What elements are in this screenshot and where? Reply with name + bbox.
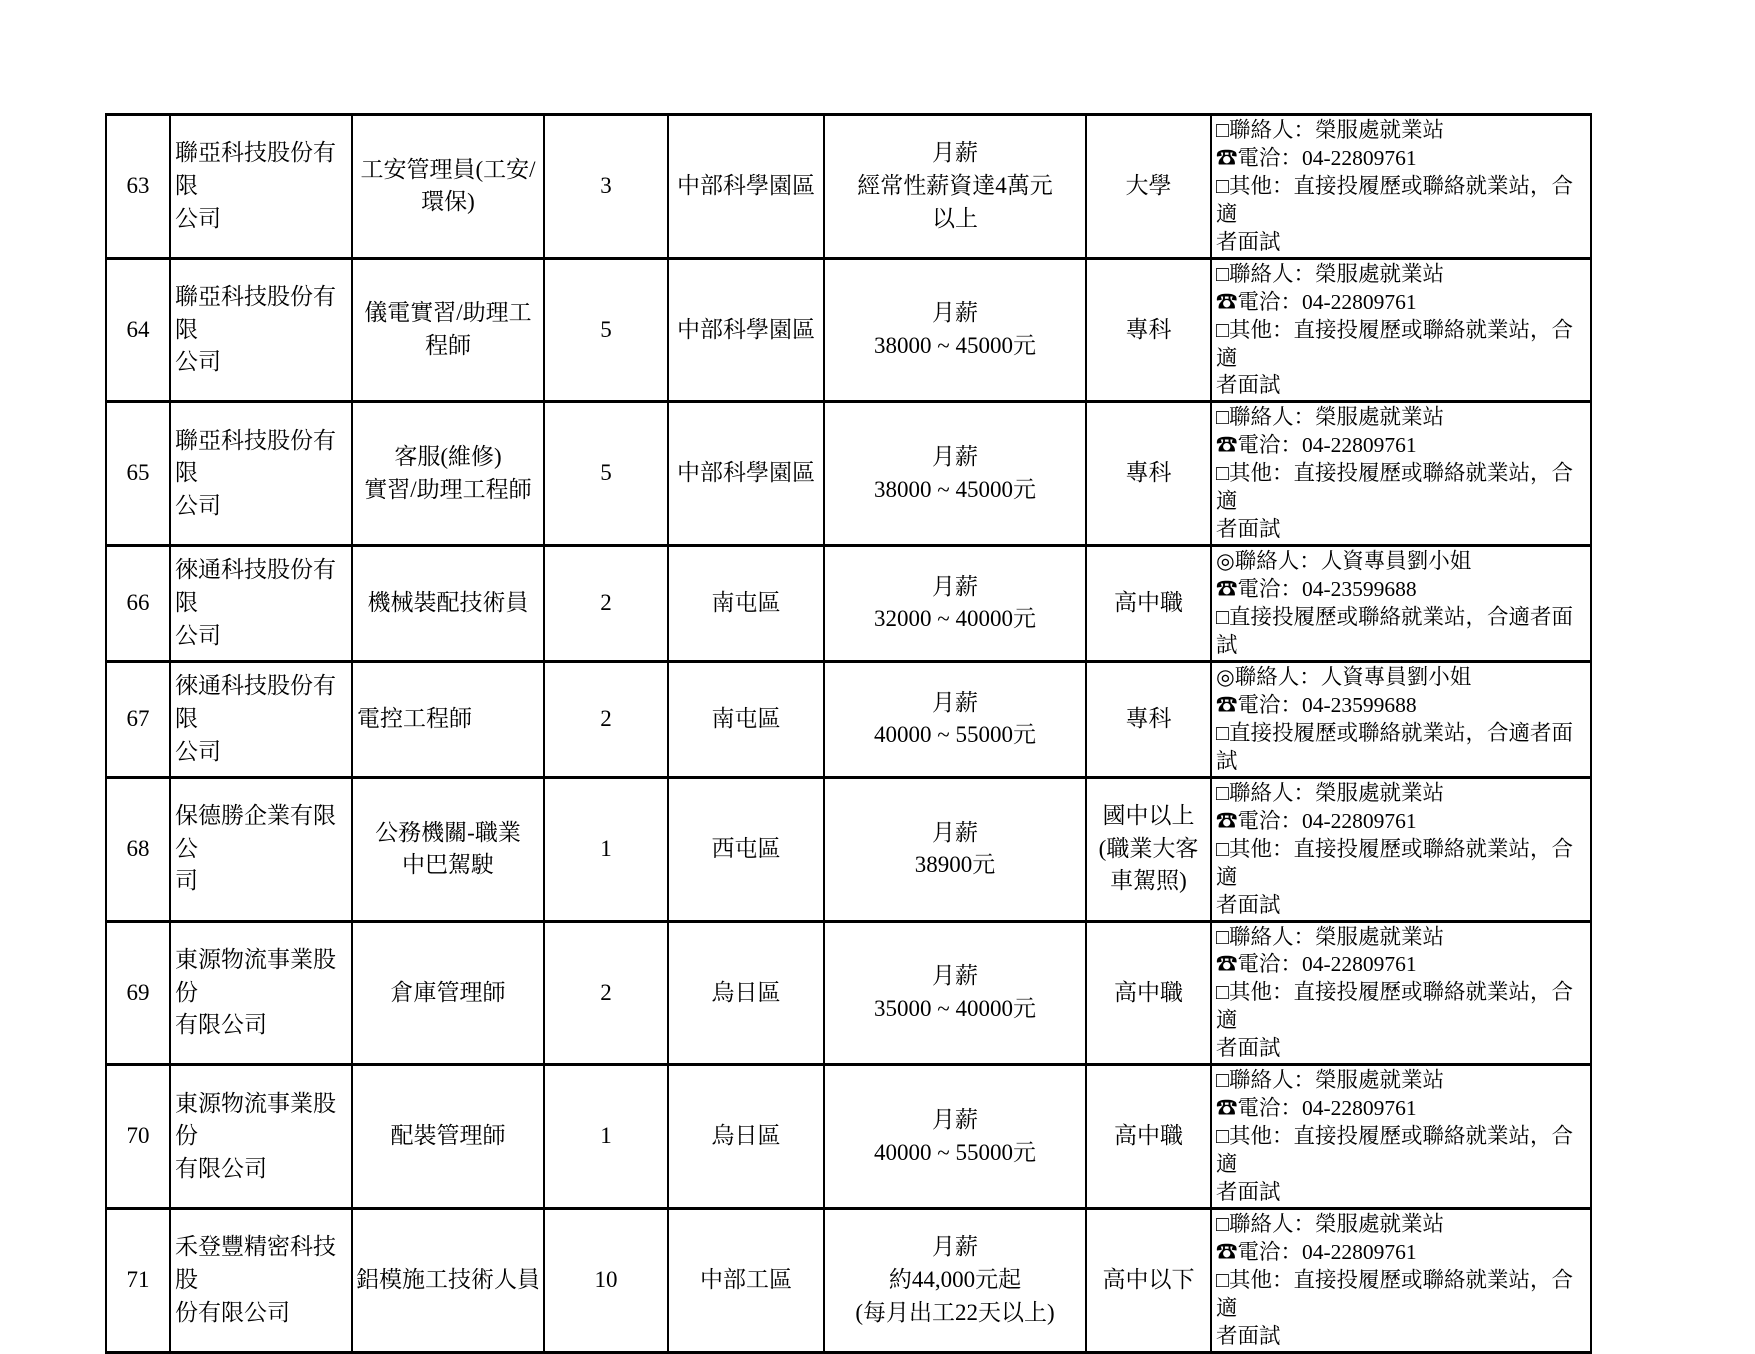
cell-job-title: 電控工程師 [352,661,544,777]
cell-job-title: 鋁模施工技術人員 [352,1208,544,1352]
table-row: 63 聯亞科技股份有限 公司 工安管理員(工安/ 環保) 3 中部科學園區 月薪… [106,115,1591,259]
table-row: 66 徠通科技股份有限 公司 機械裝配技術員 2 南屯區 月薪 32000 ~ … [106,546,1591,662]
table-row: 65 聯亞科技股份有限 公司 客服(維修) 實習/助理工程師 5 中部科學園區 … [106,402,1591,546]
cell-salary: 月薪 38900元 [824,777,1086,921]
cell-education: 專科 [1086,402,1211,546]
cell-company: 聯亞科技股份有限 公司 [170,402,352,546]
cell-row-number: 64 [106,258,170,402]
cell-education: 高中職 [1086,546,1211,662]
cell-company: 保德勝企業有限公 司 [170,777,352,921]
cell-contact: □聯絡人：榮服處就業站 ☎電洽：04-22809761 □其他：直接投履歷或聯絡… [1211,1065,1591,1209]
cell-company: 聯亞科技股份有限 公司 [170,258,352,402]
cell-row-number: 63 [106,115,170,259]
cell-openings: 1 [544,1065,668,1209]
cell-education: 高中以下 [1086,1208,1211,1352]
cell-company: 東源物流事業股份 有限公司 [170,1065,352,1209]
cell-location: 中部工區 [668,1208,824,1352]
cell-education: 高中職 [1086,921,1211,1065]
cell-row-number: 66 [106,546,170,662]
cell-job-title: 機械裝配技術員 [352,546,544,662]
cell-location: 南屯區 [668,546,824,662]
cell-job-title: 儀電實習/助理工 程師 [352,258,544,402]
cell-company: 徠通科技股份有限 公司 [170,546,352,662]
cell-contact: □聯絡人：榮服處就業站 ☎電洽：04-22809761 □其他：直接投履歷或聯絡… [1211,402,1591,546]
cell-salary: 月薪 約44,000元起 (每月出工22天以上) [824,1208,1086,1352]
table-row: 67 徠通科技股份有限 公司 電控工程師 2 南屯區 月薪 40000 ~ 55… [106,661,1591,777]
table-row: 64 聯亞科技股份有限 公司 儀電實習/助理工 程師 5 中部科學園區 月薪 3… [106,258,1591,402]
cell-openings: 5 [544,258,668,402]
cell-contact: □聯絡人：榮服處就業站 ☎電洽：04-22809761 □其他：直接投履歷或聯絡… [1211,777,1591,921]
cell-contact: ◎聯絡人：人資專員劉小姐 ☎電洽：04-23599688 □直接投履歷或聯絡就業… [1211,546,1591,662]
cell-salary: 月薪 32000 ~ 40000元 [824,546,1086,662]
cell-company: 禾登豐精密科技股 份有限公司 [170,1208,352,1352]
cell-contact: □聯絡人：榮服處就業站 ☎電洽：04-22809761 □其他：直接投履歷或聯絡… [1211,921,1591,1065]
cell-job-title: 工安管理員(工安/ 環保) [352,115,544,259]
cell-company: 徠通科技股份有限 公司 [170,661,352,777]
cell-location: 烏日區 [668,921,824,1065]
cell-salary: 月薪 40000 ~ 55000元 [824,661,1086,777]
cell-location: 中部科學園區 [668,115,824,259]
cell-row-number: 70 [106,1065,170,1209]
cell-education: 高中職 [1086,1065,1211,1209]
cell-openings: 3 [544,115,668,259]
cell-openings: 2 [544,921,668,1065]
cell-contact: □聯絡人：榮服處就業站 ☎電洽：04-22809761 □其他：直接投履歷或聯絡… [1211,1208,1591,1352]
job-listings-table: 63 聯亞科技股份有限 公司 工安管理員(工安/ 環保) 3 中部科學園區 月薪… [105,113,1592,1354]
cell-salary: 月薪 38000 ~ 45000元 [824,258,1086,402]
cell-education: 專科 [1086,258,1211,402]
table-row: 68 保德勝企業有限公 司 公務機關-職業 中巴駕駛 1 西屯區 月薪 3890… [106,777,1591,921]
cell-openings: 2 [544,661,668,777]
table-row: 70 東源物流事業股份 有限公司 配裝管理師 1 烏日區 月薪 40000 ~ … [106,1065,1591,1209]
cell-location: 西屯區 [668,777,824,921]
table-row: 71 禾登豐精密科技股 份有限公司 鋁模施工技術人員 10 中部工區 月薪 約4… [106,1208,1591,1352]
cell-openings: 10 [544,1208,668,1352]
cell-openings: 2 [544,546,668,662]
cell-location: 中部科學園區 [668,402,824,546]
cell-job-title: 公務機關-職業 中巴駕駛 [352,777,544,921]
cell-openings: 5 [544,402,668,546]
cell-row-number: 68 [106,777,170,921]
cell-job-title: 客服(維修) 實習/助理工程師 [352,402,544,546]
cell-contact: □聯絡人：榮服處就業站 ☎電洽：04-22809761 □其他：直接投履歷或聯絡… [1211,115,1591,259]
cell-row-number: 71 [106,1208,170,1352]
cell-job-title: 配裝管理師 [352,1065,544,1209]
document-page: { "page": { "background_color": "#ffffff… [0,0,1755,1241]
cell-job-title: 倉庫管理師 [352,921,544,1065]
cell-education: 大學 [1086,115,1211,259]
cell-contact: ◎聯絡人：人資專員劉小姐 ☎電洽：04-23599688 □直接投履歷或聯絡就業… [1211,661,1591,777]
cell-location: 烏日區 [668,1065,824,1209]
cell-location: 中部科學園區 [668,258,824,402]
cell-salary: 月薪 35000 ~ 40000元 [824,921,1086,1065]
table-row: 69 東源物流事業股份 有限公司 倉庫管理師 2 烏日區 月薪 35000 ~ … [106,921,1591,1065]
cell-salary: 月薪 40000 ~ 55000元 [824,1065,1086,1209]
cell-contact: □聯絡人：榮服處就業站 ☎電洽：04-22809761 □其他：直接投履歷或聯絡… [1211,258,1591,402]
cell-openings: 1 [544,777,668,921]
cell-salary: 月薪 38000 ~ 45000元 [824,402,1086,546]
cell-row-number: 65 [106,402,170,546]
cell-education: 國中以上 (職業大客 車駕照) [1086,777,1211,921]
cell-row-number: 69 [106,921,170,1065]
cell-company: 聯亞科技股份有限 公司 [170,115,352,259]
cell-education: 專科 [1086,661,1211,777]
cell-location: 南屯區 [668,661,824,777]
cell-row-number: 67 [106,661,170,777]
cell-company: 東源物流事業股份 有限公司 [170,921,352,1065]
cell-salary: 月薪 經常性薪資達4萬元 以上 [824,115,1086,259]
